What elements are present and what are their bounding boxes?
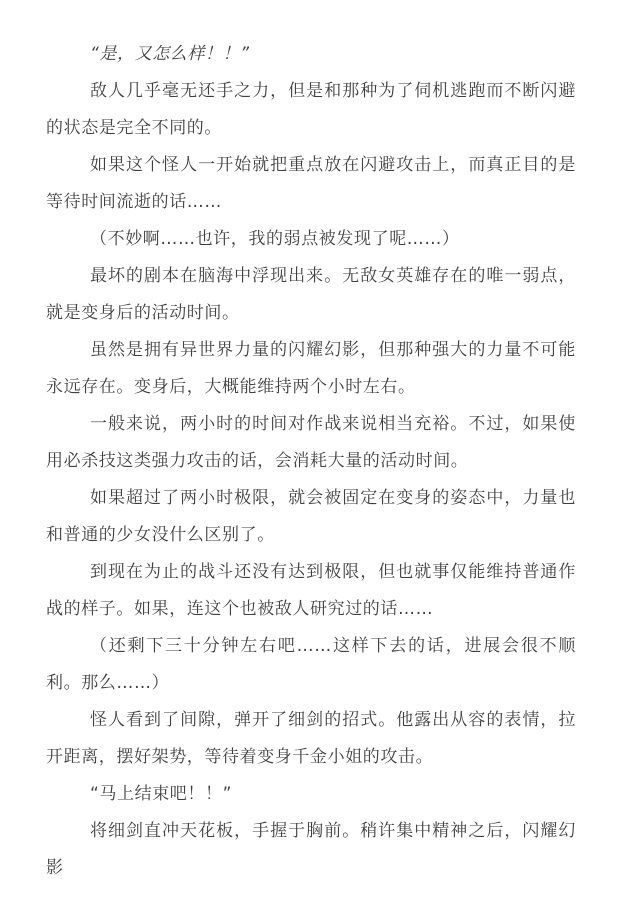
inner-monologue-paragraph: （还剩下三十分钟左右吧……这样下去的话，进展会很不顺利。那么……）	[46, 628, 576, 702]
paragraph: 虽然是拥有异世界力量的闪耀幻影，但那种强大的力量不可能永远存在。变身后，大概能维…	[46, 332, 576, 406]
paragraph: 一般来说，两小时的时间对作战来说相当充裕。不过，如果使用必杀技这类强力攻击的话，…	[46, 406, 576, 480]
paragraph: 如果超过了两小时极限，就会被固定在变身的姿态中，力量也和普通的少女没什么区别了。	[46, 480, 576, 554]
paragraph: 将细剑直冲天花板，手握于胸前。稍许集中精神之后，闪耀幻影	[46, 813, 576, 887]
dialogue-paragraph: “是，又怎么样！！”	[46, 36, 576, 73]
paragraph: 怪人看到了间隙，弹开了细剑的招式。他露出从容的表情，拉开距离，摆好架势，等待着变…	[46, 702, 576, 776]
document-page: “是，又怎么样！！” 敌人几乎毫无还手之力，但是和那种为了伺机逃跑而不断闪避的状…	[0, 0, 620, 899]
inner-monologue-paragraph: （不妙啊……也许，我的弱点被发现了呢……）	[46, 221, 576, 258]
paragraph: 到现在为止的战斗还没有达到极限，但也就事仅能维持普通作战的样子。如果，连这个也被…	[46, 554, 576, 628]
dialogue-paragraph: “马上结束吧！！”	[46, 776, 576, 813]
paragraph: 最坏的剧本在脑海中浮现出来。无敌女英雄存在的唯一弱点，就是变身后的活动时间。	[46, 258, 576, 332]
paragraph: 敌人几乎毫无还手之力，但是和那种为了伺机逃跑而不断闪避的状态是完全不同的。	[46, 73, 576, 147]
paragraph: 如果这个怪人一开始就把重点放在闪避攻击上，而真正目的是等待时间流逝的话……	[46, 147, 576, 221]
